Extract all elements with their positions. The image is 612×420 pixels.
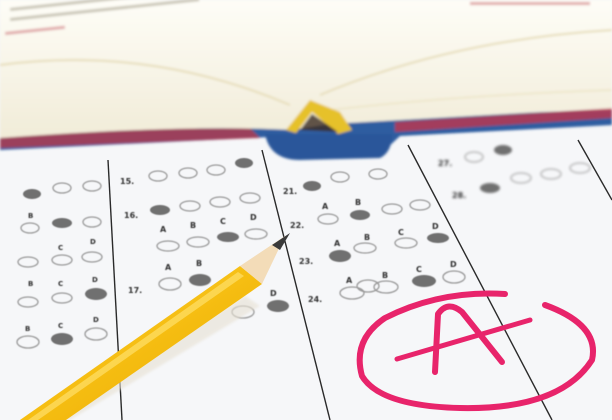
svg-text:B: B <box>196 259 202 268</box>
svg-text:A: A <box>160 225 167 234</box>
svg-text:B: B <box>190 221 196 230</box>
question-label-16: 16. <box>124 211 138 220</box>
svg-text:D: D <box>92 276 98 284</box>
svg-text:B: B <box>28 212 33 220</box>
svg-text:A: A <box>165 263 172 272</box>
svg-text:D: D <box>90 238 96 246</box>
svg-text:C: C <box>58 322 63 330</box>
question-label-21: 21. <box>283 187 297 196</box>
svg-text:B: B <box>28 280 33 288</box>
question-label-17: 17. <box>128 286 142 295</box>
svg-text:D: D <box>450 260 457 269</box>
svg-text:B: B <box>25 325 30 333</box>
svg-text:C: C <box>220 217 226 226</box>
svg-text:C: C <box>398 228 404 237</box>
question-label-28: 28. <box>452 191 466 200</box>
svg-text:B: B <box>382 271 388 280</box>
svg-text:C: C <box>58 244 63 252</box>
svg-text:D: D <box>250 213 257 222</box>
svg-text:A: A <box>334 239 341 248</box>
answer-sheet-photo: BCD BCD BCD 15. 16. 17. ABCD ABD <box>0 0 612 420</box>
question-label-27: 27. <box>438 159 452 168</box>
svg-text:D: D <box>93 316 99 324</box>
svg-text:A: A <box>322 202 329 211</box>
scene-illustration: BCD BCD BCD 15. 16. 17. ABCD ABD <box>0 0 612 420</box>
svg-text:D: D <box>270 289 277 298</box>
svg-text:D: D <box>432 222 439 231</box>
svg-text:B: B <box>364 233 370 242</box>
question-label-22: 22. <box>290 221 304 230</box>
question-label-15: 15. <box>120 177 134 186</box>
svg-text:C: C <box>58 280 63 288</box>
svg-text:B: B <box>355 198 361 207</box>
question-label-24: 24. <box>308 295 322 304</box>
svg-text:A: A <box>346 276 353 285</box>
question-label-23: 23. <box>299 257 313 266</box>
svg-text:C: C <box>416 265 422 274</box>
